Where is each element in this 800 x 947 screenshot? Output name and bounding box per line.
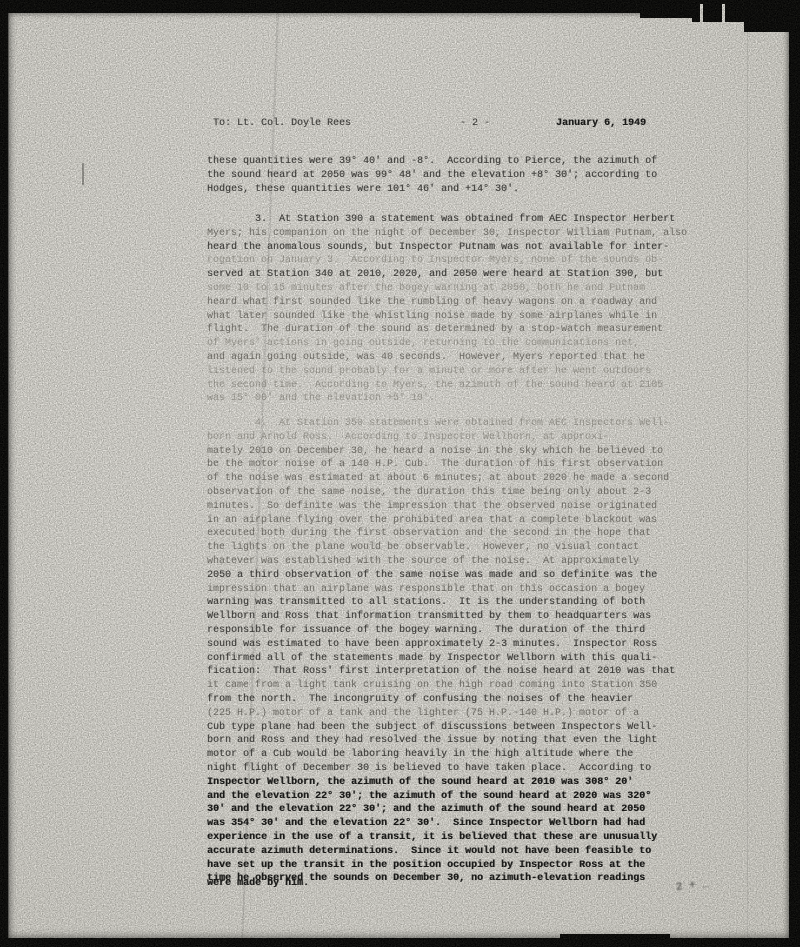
text-line: heard what first sounded like the rumbli… bbox=[207, 296, 697, 310]
text-line: whatever was established with the source… bbox=[207, 555, 697, 569]
text-line: listened to the sound probably for a min… bbox=[207, 365, 697, 379]
text-line: born and Ross and they had resolved the … bbox=[207, 734, 697, 748]
text-line: 2050 a third observation of the same noi… bbox=[207, 569, 697, 583]
text-line: 3. At Station 390 a statement was obtain… bbox=[207, 213, 697, 227]
text-line: (225 H.P.) motor of a tank and the light… bbox=[207, 707, 697, 721]
text-line: was 15° 00' and the elevation +5° 10'. bbox=[207, 392, 697, 406]
text-line: executed both during the first observati… bbox=[207, 527, 697, 541]
scan-border-notch bbox=[700, 4, 703, 22]
text-line: observation of the same noise, the durat… bbox=[207, 486, 697, 500]
text-line: night flight of December 30 is believed … bbox=[207, 762, 697, 776]
text-line: accurate azimuth determinations. Since i… bbox=[207, 845, 697, 859]
text-line: mately 2010 on December 30, he heard a n… bbox=[207, 445, 697, 459]
text-line: the second time. According to Myers, the… bbox=[207, 379, 697, 393]
scan-border-bottom bbox=[0, 938, 800, 947]
text-line: rogation on January 3. According to Insp… bbox=[207, 254, 697, 268]
text-line: heard the anomalous sounds, but Inspecto… bbox=[207, 241, 697, 255]
text-line: be the motor noise of a 140 H.P. Cub. Th… bbox=[207, 458, 697, 472]
text-line: it came from a light tank cruising on th… bbox=[207, 679, 697, 693]
text-line: in an airplane flying over the prohibite… bbox=[207, 514, 697, 528]
document-header: To: Lt. Col. Doyle Rees - 2 - January 6,… bbox=[0, 118, 800, 132]
text-line: of the noise was estimated at about 6 mi… bbox=[207, 472, 697, 486]
text-line: from the north. The incongruity of confu… bbox=[207, 693, 697, 707]
text-line: was 354° 30' and the elevation 22° 30'. … bbox=[207, 817, 697, 831]
text-line: Inspector Wellborn, the azimuth of the s… bbox=[207, 776, 697, 790]
stray-mark bbox=[82, 163, 84, 185]
text-line: responsible for issuance of the bogey wa… bbox=[207, 624, 697, 638]
text-line: 4. At Station 350 statements were obtain… bbox=[207, 417, 697, 431]
date-line: January 6, 1949 bbox=[556, 118, 646, 129]
paragraph-continuation: these quantities were 39° 40' and -8°. A… bbox=[207, 155, 697, 196]
text-line: the lights on the plane would be observa… bbox=[207, 541, 697, 555]
text-line: confirmed all of the statements made by … bbox=[207, 652, 697, 666]
fold-crease-right bbox=[747, 12, 748, 940]
text-line: have set up the transit in the position … bbox=[207, 859, 697, 873]
text-line: some 10 to 15 minutes after the bogey wa… bbox=[207, 282, 697, 296]
scan-border-right bbox=[789, 0, 800, 947]
text-line: Cub type plane had been the subject of d… bbox=[207, 721, 697, 735]
text-line: 30' and the elevation 22° 30'; and the a… bbox=[207, 803, 697, 817]
text-line: Hodges, these quantities were 101° 46' a… bbox=[207, 183, 697, 197]
text-line: warning was transmitted to all stations.… bbox=[207, 596, 697, 610]
text-line: Wellborn and Ross that information trans… bbox=[207, 610, 697, 624]
text-line: experience in the use of a transit, it i… bbox=[207, 831, 697, 845]
text-line: served at Station 340 at 2010, 2020, and… bbox=[207, 268, 697, 282]
text-line: the sound heard at 2050 was 99° 48' and … bbox=[207, 169, 697, 183]
page-number: - 2 - bbox=[460, 118, 490, 129]
text-line: minutes. So definite was the impression … bbox=[207, 500, 697, 514]
text-line: Myers; his companion on the night of Dec… bbox=[207, 227, 697, 241]
text-line: these quantities were 39° 40' and -8°. A… bbox=[207, 155, 697, 169]
scan-border-top-step bbox=[640, 0, 696, 18]
scan-border-notch bbox=[722, 4, 725, 22]
text-line: flight. The duration of the sound as det… bbox=[207, 323, 697, 337]
text-line: sound was estimated to have been approxi… bbox=[207, 638, 697, 652]
text-line: fication: That Ross' first interpretatio… bbox=[207, 665, 697, 679]
text-line: impression that an airplane was responsi… bbox=[207, 583, 697, 597]
text-line: of Myers' actions in going outside, retu… bbox=[207, 337, 697, 351]
addressee-line: To: Lt. Col. Doyle Rees bbox=[213, 118, 351, 129]
text-line: and again going outside, was 40 seconds.… bbox=[207, 351, 697, 365]
scan-border-left bbox=[0, 0, 9, 947]
text-line: motor of a Cub would be laboring heavily… bbox=[207, 748, 697, 762]
paragraph-4: 4. At Station 350 statements were obtain… bbox=[207, 417, 697, 890]
paragraph-3: 3. At Station 390 a statement was obtain… bbox=[207, 213, 697, 406]
text-line: born and Arnold Ross. According to Inspe… bbox=[207, 431, 697, 445]
scan-border-bottom-bump bbox=[560, 934, 670, 947]
scanned-document-page: To: Lt. Col. Doyle Rees - 2 - January 6,… bbox=[0, 0, 800, 947]
text-line: and the elevation 22° 30'; the azimuth o… bbox=[207, 790, 697, 804]
text-line: what later sounded like the whistling no… bbox=[207, 310, 697, 324]
